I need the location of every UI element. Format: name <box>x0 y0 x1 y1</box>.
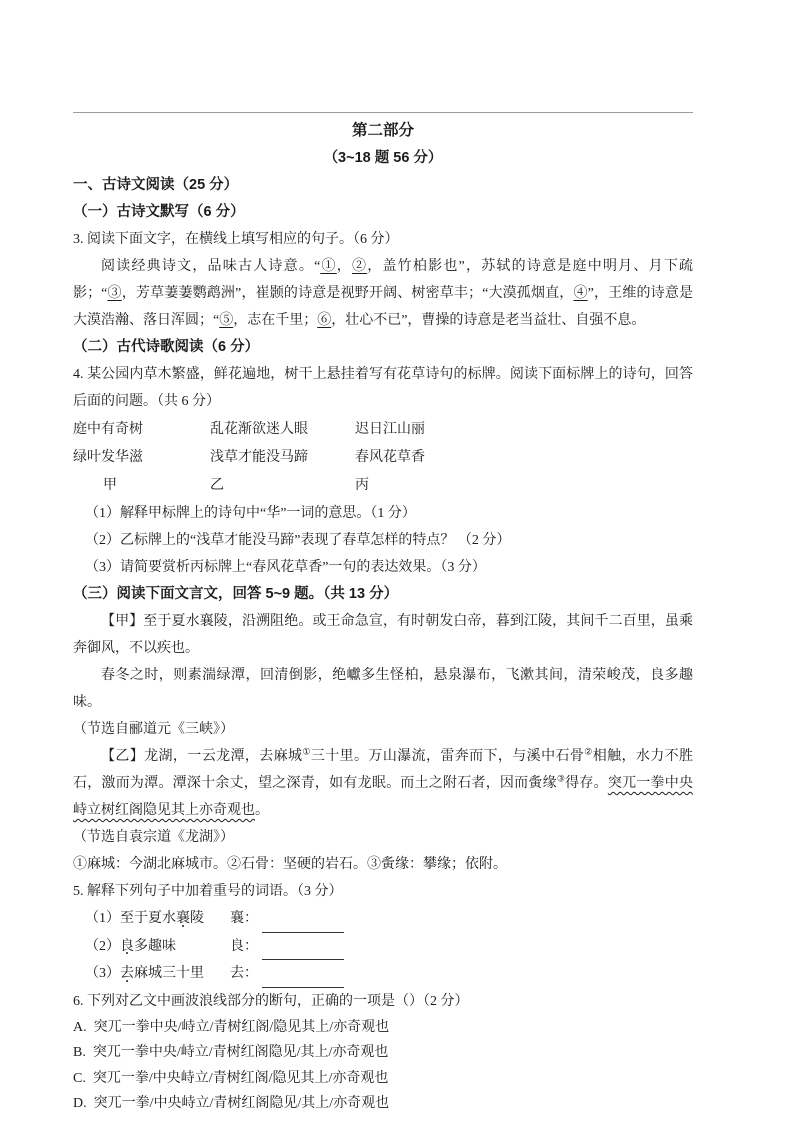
option-text: 突兀一拳/中央峙立/青树红阁隐见/其上/亦奇观也 <box>94 1096 390 1111</box>
passage-yi-paragraph: 【乙】龙湖，一云龙潭，去麻城①三十里。万山瀑流，雷奔而下，与溪中石骨②相触，水力… <box>73 743 693 824</box>
sign-verse: 乱花渐欲迷人眼 <box>210 416 355 444</box>
answer-blank <box>262 969 344 988</box>
top-divider <box>73 112 693 113</box>
q5-item-3: （3）去麻城三十里 去： <box>73 960 693 988</box>
q5-item-2: （2）良多趣味 良： <box>73 933 693 961</box>
sign-label: 丙 <box>355 472 693 500</box>
q6-option-c: C.突兀一拳/中央峙立/青树红阁/隐见其上/亦奇观也 <box>73 1066 693 1092</box>
q5-phrase: （1）至于夏水襄陵 <box>85 905 230 933</box>
q4-sub-2: （2）乙标牌上的“浅草才能没马蹄”表现了春草怎样的特点？ （2 分） <box>73 527 693 554</box>
q5-item-1: （1）至于夏水襄陵 襄： <box>73 905 693 933</box>
sign-verse: 庭中有奇树 <box>73 416 210 444</box>
sign-board-table: 庭中有奇树 绿叶发华滋 甲 乱花渐欲迷人眼 浅草才能没马蹄 乙 迟日江山丽 春风… <box>73 416 693 500</box>
q5-key-word: 去： <box>230 960 258 988</box>
option-label: D. <box>73 1096 87 1111</box>
subsection-1-heading: （一）古诗文默写（6 分） <box>73 199 693 226</box>
page-content: 第二部分 （3~18 题 56 分） 一、古诗文阅读（25 分） （一）古诗文默… <box>73 112 693 1117</box>
option-text: 突兀一拳/中央峙立/青树红阁/隐见其上/亦奇观也 <box>93 1071 389 1086</box>
part-score-range: （3~18 题 56 分） <box>73 145 693 172</box>
q4-sub-3: （3）请简要赏析丙标牌上“春风花草香”一句的表达效果。（3 分） <box>73 554 693 581</box>
passage-footnotes: ①麻城：今湖北麻城市。②石骨：坚硬的岩石。③夤缘：攀缘；依附。 <box>73 851 693 878</box>
q5-phrase: （3）去麻城三十里 <box>85 960 230 988</box>
q6-option-a: A.突兀一拳中央/峙立/青树红阁/隐见其上/亦奇观也 <box>73 1015 693 1041</box>
passage-jia-credit: （节选自郦道元《三峡》） <box>73 716 693 743</box>
sign-board-bing: 迟日江山丽 春风花草香 丙 <box>355 416 693 500</box>
option-label: A. <box>73 1020 87 1035</box>
option-label: B. <box>73 1045 86 1060</box>
sign-label: 甲 <box>73 472 210 500</box>
sign-verse: 绿叶发华滋 <box>73 444 210 472</box>
q5-stem: 5. 解释下列句子中加着重号的词语。（3 分） <box>73 878 693 905</box>
sign-verse: 春风花草香 <box>355 444 693 472</box>
q5-phrase: （2）良多趣味 <box>85 933 230 961</box>
section-1-heading: 一、古诗文阅读（25 分） <box>73 172 693 199</box>
q5-key-word: 良： <box>230 933 258 961</box>
part-title: 第二部分 <box>73 117 693 145</box>
sign-board-yi: 乱花渐欲迷人眼 浅草才能没马蹄 乙 <box>210 416 355 500</box>
option-text: 突兀一拳中央/峙立/青树红阁/隐见其上/亦奇观也 <box>94 1020 390 1035</box>
q3-stem: 3. 阅读下面文字，在横线上填写相应的句子。（6 分） <box>73 226 693 253</box>
sign-board-jia: 庭中有奇树 绿叶发华滋 甲 <box>73 416 210 500</box>
sign-verse: 浅草才能没马蹄 <box>210 444 355 472</box>
sign-verse: 迟日江山丽 <box>355 416 693 444</box>
passage-jia-paragraph-2: 春冬之时，则素湍绿潭，回清倒影，绝巘多生怪柏，悬泉瀑布，飞漱其间，清荣峻茂，良多… <box>73 662 693 716</box>
exam-page: 第二部分 （3~18 题 56 分） 一、古诗文阅读（25 分） （一）古诗文默… <box>0 0 793 1122</box>
answer-blank <box>262 914 344 933</box>
q3-passage: 阅读经典诗文，品味古人诗意。“①，②，盖竹柏影也”，苏轼的诗意是庭中明月、月下疏… <box>73 253 693 334</box>
sign-label: 乙 <box>210 472 355 500</box>
subsection-2-heading: （二）古代诗歌阅读（6 分） <box>73 334 693 361</box>
option-text: 突兀一拳中央/峙立/青树红阁隐见/其上/亦奇观也 <box>93 1045 389 1060</box>
option-label: C. <box>73 1071 86 1086</box>
subsection-3-heading: （三）阅读下面文言文，回答 5~9 题。（共 13 分） <box>73 581 693 608</box>
q4-sub-1: （1）解释甲标牌上的诗句中“华”一词的意思。（1 分） <box>73 500 693 527</box>
passage-jia-paragraph-1: 【甲】至于夏水襄陵，沿溯阻绝。或王命急宣，有时朝发白帝，暮到江陵，其间千二百里，… <box>73 608 693 662</box>
q4-stem: 4. 某公园内草木繁盛，鲜花遍地，树干上悬挂着写有花草诗句的标牌。阅读下面标牌上… <box>73 361 693 415</box>
passage-yi-credit: （节选自袁宗道《龙湖》） <box>73 824 693 851</box>
q6-option-b: B.突兀一拳中央/峙立/青树红阁隐见/其上/亦奇观也 <box>73 1040 693 1066</box>
q6-option-d: D.突兀一拳/中央峙立/青树红阁隐见/其上/亦奇观也 <box>73 1091 693 1117</box>
answer-blank <box>262 941 344 960</box>
q5-key-word: 襄： <box>230 905 258 933</box>
q6-stem: 6. 下列对乙文中画波浪线部分的断句，正确的一项是（）（2 分） <box>73 988 693 1015</box>
